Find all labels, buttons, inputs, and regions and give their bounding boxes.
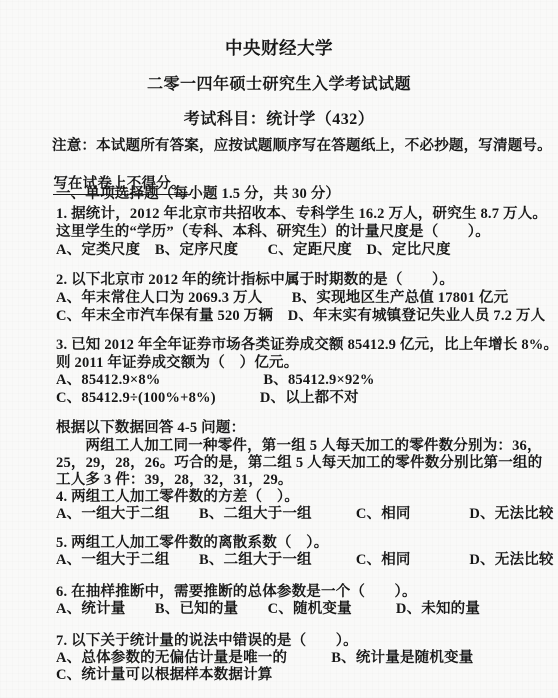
question-6-line-1: 6. 在抽样推断中，需要推断的总体参数是一个（ ）。	[56, 583, 417, 601]
questions-4-5-data-line-1: 两组工人加工同一种零件，第一组 5 人每天加工的零件数分别为：36，	[56, 437, 542, 455]
exam-paper-page: 中央财经大学 二零一四年硕士研究生入学考试试题 考试科目：统计学（432） 注意…	[0, 0, 558, 698]
section-heading: 一、单项选择题（每小题 1.5 分，共 30 分）	[56, 185, 340, 203]
question-3-line-2: 则 2011 年证券成交额为（ ）亿元。	[56, 354, 298, 372]
notice-line-1: 注意：本试题所有答案，应按试题顺序写在答题纸上，不必抄题，写清题号。	[52, 137, 552, 155]
question-5-options: A、一组大于二组 B、二组大于一组 C、相同 D、无法比较	[56, 551, 554, 569]
question-2-line-1: 2. 以下北京市 2012 年的统计指标中属于时期数的是（ ）。	[56, 271, 454, 289]
question-1-options: A、定类尺度 B、定序尺度 C、定距尺度 D、定比尺度	[56, 241, 451, 259]
question-4-options: A、一组大于二组 B、二组大于一组 C、相同 D、无法比较	[56, 505, 554, 523]
questions-4-5-data-line-2: 25，29，28，26。巧合的是，第二组 5 人每天加工的零件数分别比第一组的	[56, 454, 542, 472]
question-7-option-c: C、统计量可以根据样本数据计算	[56, 666, 272, 684]
question-6-options: A、统计量 B、已知的量 C、随机变量 D、未知的量	[56, 600, 480, 618]
question-3-line-1: 3. 已知 2012 年全年证券市场各类证券成交额 85412.9 亿元，比上年…	[56, 336, 558, 354]
question-4-line-1: 4. 两组工人加工零件数的方差（ ）。	[56, 488, 299, 506]
question-7-line-1: 7. 以下关于统计量的说法中错误的是（ ）。	[56, 632, 358, 650]
exam-title: 二零一四年硕士研究生入学考试试题	[0, 75, 558, 94]
question-5-line-1: 5. 两组工人加工零件数的离散系数（ ）。	[56, 534, 328, 552]
subject-line: 考试科目：统计学（432）	[0, 110, 558, 129]
university-title: 中央财经大学	[0, 38, 558, 58]
questions-4-5-data-line-3: 工人多 3 件：39，28，32，31，29。	[56, 471, 293, 489]
question-3-options-cd: C、85412.9÷(100%+8%) D、以上都不对	[56, 389, 359, 407]
question-2-options-ab: A、年末常住人口为 2069.3 万人 B、实现地区生产总值 17801 亿元	[56, 289, 508, 307]
question-1-line-1: 1. 据统计，2012 年北京市共招收本、专科学生 16.2 万人，研究生 8.…	[56, 205, 547, 223]
question-3-options-ab: A、85412.9×8% B、85412.9×92%	[56, 371, 375, 389]
question-7-options-ab: A、总体参数的无偏估计量是唯一的 B、统计量是随机变量	[56, 649, 473, 667]
question-2-options-cd: C、年末全市汽车保有量 520 万辆 D、年末实有城镇登记失业人员 7.2 万人	[56, 307, 545, 325]
question-1-line-2: 这里学生的“学历”（专科、本科、研究生）的计量尺度是（ ）。	[56, 223, 490, 241]
questions-4-5-intro-heading: 根据以下数据回答 4-5 问题：	[56, 419, 245, 437]
